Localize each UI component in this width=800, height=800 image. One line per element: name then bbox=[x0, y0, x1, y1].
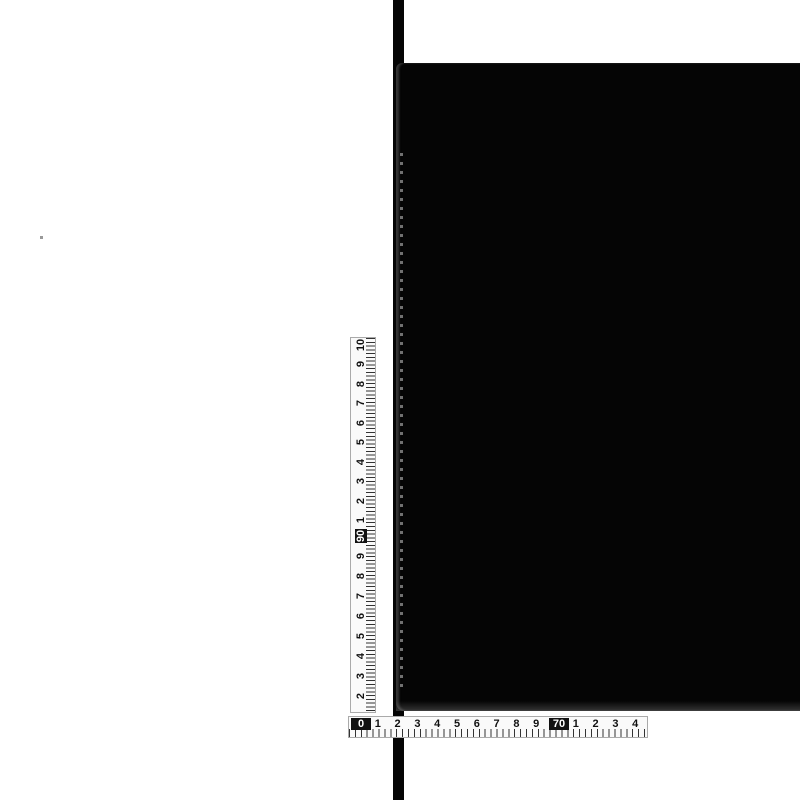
ruler-label: 1 bbox=[371, 718, 385, 730]
ruler-label: 70 bbox=[549, 718, 569, 730]
ruler-label: 4 bbox=[430, 718, 444, 730]
ruler-label: 3 bbox=[355, 669, 367, 683]
ruler-label: 10 bbox=[355, 338, 367, 352]
vertical-ruler: 123456789102345678990 bbox=[350, 337, 376, 713]
ruler-label: 6 bbox=[355, 609, 367, 623]
ruler-label: 6 bbox=[355, 416, 367, 430]
horizontal-ruler: 0123456789701234 bbox=[348, 716, 648, 738]
ruler-label: 3 bbox=[410, 718, 424, 730]
ruler-label: 8 bbox=[509, 718, 523, 730]
ruler-label: 7 bbox=[490, 718, 504, 730]
ruler-label: 2 bbox=[589, 718, 603, 730]
ruler-label: 9 bbox=[529, 718, 543, 730]
ruler-label: 1 bbox=[355, 513, 367, 527]
ruler-label: 4 bbox=[355, 649, 367, 663]
ruler-label: 8 bbox=[355, 377, 367, 391]
ruler-ticks bbox=[349, 729, 647, 737]
ruler-label: 9 bbox=[355, 549, 367, 563]
ruler-label: 4 bbox=[628, 718, 642, 730]
ruler-label: 0 bbox=[351, 718, 371, 730]
ruler-label: 2 bbox=[355, 689, 367, 703]
ruler-label: 2 bbox=[355, 494, 367, 508]
ruler-label: 5 bbox=[450, 718, 464, 730]
ruler-label: 9 bbox=[355, 357, 367, 371]
ruler-label: 90 bbox=[355, 529, 367, 543]
ruler-label: 3 bbox=[355, 474, 367, 488]
ruler-label: 2 bbox=[391, 718, 405, 730]
ruler-label: 8 bbox=[355, 569, 367, 583]
ruler-label: 5 bbox=[355, 435, 367, 449]
ruler-label: 4 bbox=[355, 455, 367, 469]
ruler-label: 7 bbox=[355, 589, 367, 603]
ruler-label: 6 bbox=[470, 718, 484, 730]
ruler-ticks bbox=[366, 338, 375, 712]
dust-speck bbox=[40, 236, 43, 239]
book-cover bbox=[396, 63, 800, 711]
ruler-label: 5 bbox=[355, 629, 367, 643]
ruler-label: 3 bbox=[608, 718, 622, 730]
ruler-label: 7 bbox=[355, 396, 367, 410]
ruler-label: 1 bbox=[569, 718, 583, 730]
